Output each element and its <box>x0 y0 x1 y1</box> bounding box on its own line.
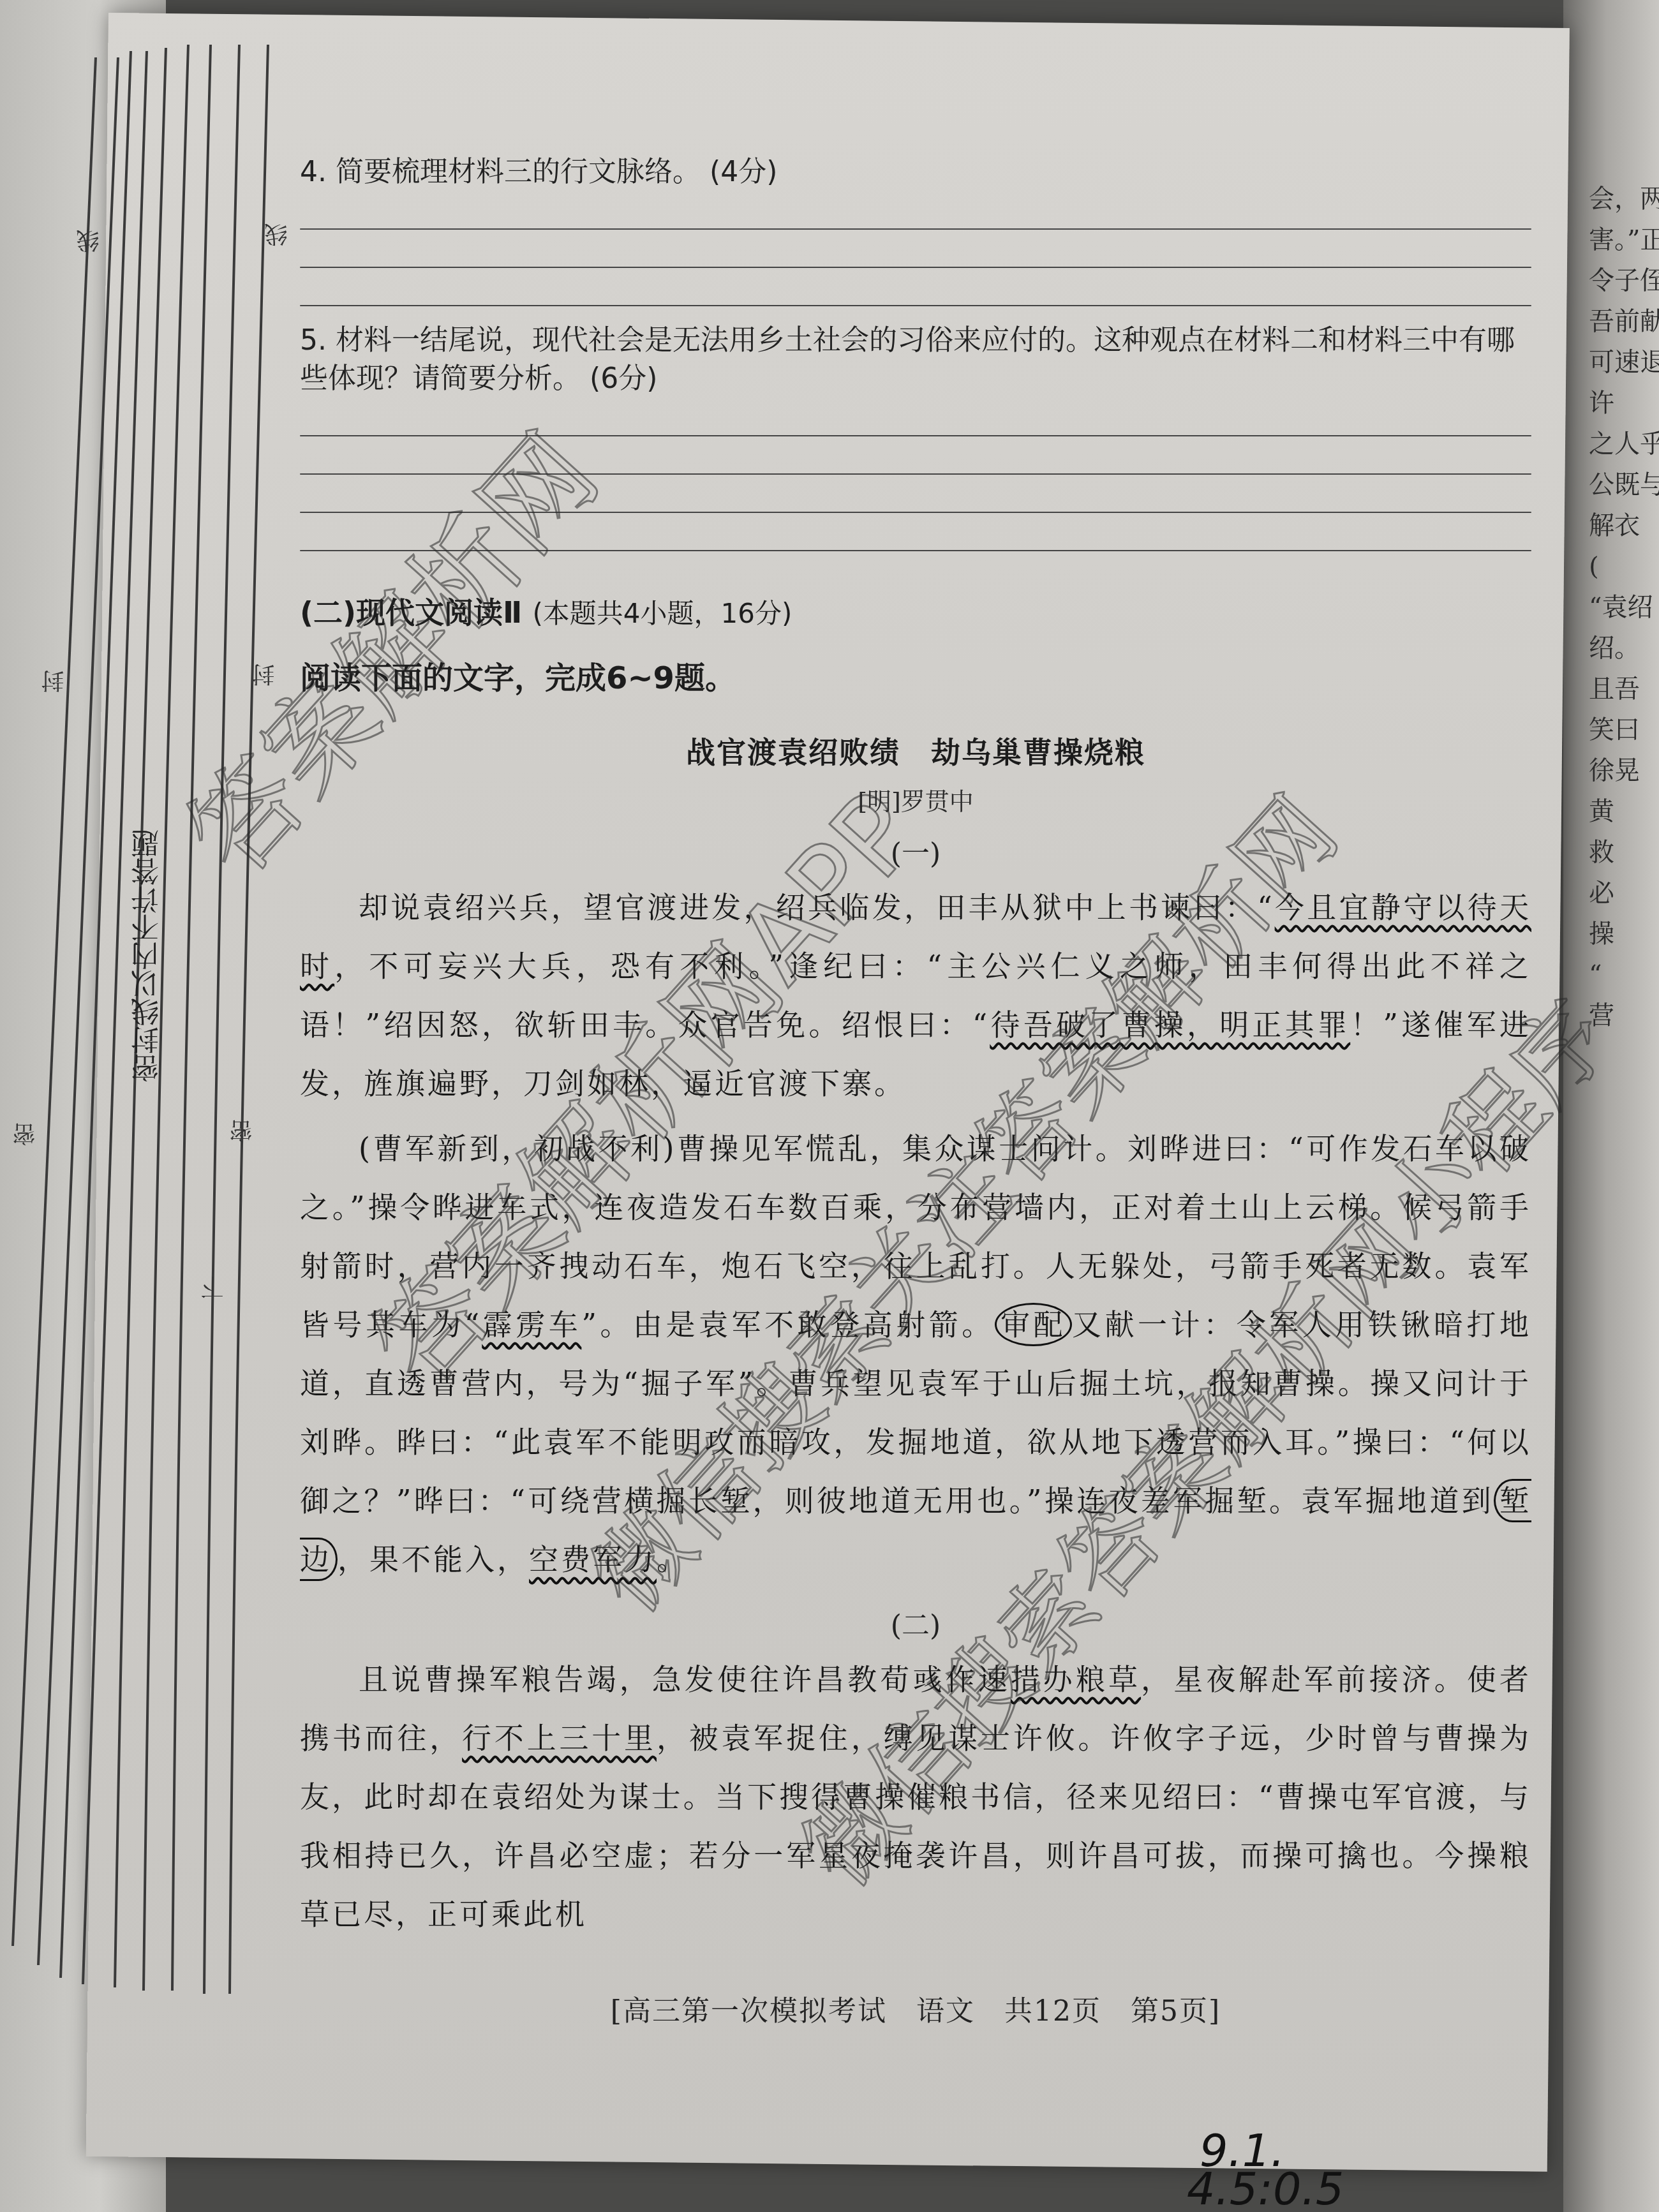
binding-label: 密 <box>227 1120 259 1143</box>
answer-line[interactable] <box>300 228 1531 230</box>
circled-phrase: 审配 <box>995 1303 1072 1346</box>
underlined-phrase: 今且宜静守以待天时 <box>300 890 1531 983</box>
section-instruction: 阅读下面的文字，完成6~9题。 <box>300 653 1531 697</box>
binding-label: 下 <box>198 1276 230 1299</box>
adjacent-text-fragment: 会，两路击 <box>1589 179 1659 219</box>
adjacent-text-fragment: “ <box>1589 954 1659 995</box>
adjacent-text-fragment: 害。”正话 <box>1589 219 1659 260</box>
article-title: 战官渡袁绍败绩 劫乌巢曹操烧粮 <box>300 729 1531 771</box>
adjacent-text-fragment: “袁绍 <box>1589 587 1659 628</box>
binding-margin-lines <box>0 0 281 2212</box>
question-4: 4. 简要梳理材料三的行文脉络。 (4分) <box>300 153 1531 306</box>
question-text: 简要梳理材料三的行文脉络。 <box>336 156 701 188</box>
binding-label: 线 <box>73 230 106 253</box>
adjacent-text-fragment: 且吾 <box>1589 669 1659 709</box>
adjacent-text-fragment: 之人乎 <box>1589 424 1659 464</box>
answer-line[interactable] <box>300 305 1531 306</box>
adjacent-text-fragment: 必 <box>1589 873 1659 914</box>
handwritten-note: 4.5:0.5 <box>1187 2163 1344 2212</box>
adjacent-text-fragment: 可速退出 <box>1589 342 1659 383</box>
binding-label: 封 <box>38 670 71 693</box>
circled-phrase: 堑边 <box>300 1479 1531 1581</box>
adjacent-page-text: 会，两路击害。”正话令子侄辈吾前献计可速退出许之人乎公既与解衣(“袁绍绍。且吾笑… <box>1589 179 1659 1036</box>
adjacent-text-fragment: 绍。 <box>1589 628 1659 669</box>
adjacent-text-fragment: 令子侄辈 <box>1589 260 1659 301</box>
question-text: 材料一结尾说，现代社会是无法用乡土社会的习俗来应付的。这种观点在材料二和材料三中… <box>300 324 1515 395</box>
part-label: (二) <box>300 1603 1531 1644</box>
question-number: 4. <box>300 156 327 188</box>
binding-label: 密 <box>10 1123 42 1146</box>
section-meta: (本题共4小题，16分) <box>532 598 792 629</box>
adjacent-text-fragment: 操 <box>1589 914 1659 954</box>
question-points: (4分) <box>710 156 777 188</box>
sealing-line-notice: 密封线以内不许答题 <box>128 829 168 1082</box>
adjacent-text-fragment: 徐晃 <box>1589 750 1659 791</box>
adjacent-text-fragment: 吾前献计 <box>1589 301 1659 342</box>
adjacent-text-fragment: 黄 <box>1589 791 1659 832</box>
adjacent-text-fragment: ( <box>1589 546 1659 587</box>
article-paragraph: 却说袁绍兴兵，望官渡进发，绍兵临发，田丰从狱中上书谏曰：“今且宜静守以待天时，不… <box>300 878 1531 1113</box>
adjacent-text-fragment: 救 <box>1589 832 1659 873</box>
adjacent-text-fragment: 公既与 <box>1589 464 1659 505</box>
article-author: [明]罗贯中 <box>300 782 1531 817</box>
adjacent-text-fragment: 许 <box>1589 383 1659 424</box>
adjacent-text-fragment: 解衣 <box>1589 505 1659 546</box>
question-points: (6分) <box>590 362 657 395</box>
page-footer: [高三第一次模拟考试 语文 共12页 第5页] <box>300 1988 1531 2029</box>
question-number: 5. <box>300 324 327 357</box>
underlined-phrase: 行不上三十里 <box>462 1721 657 1755</box>
binding-label: 线 <box>262 223 294 246</box>
answer-line[interactable] <box>300 267 1531 268</box>
adjacent-text-fragment: 笑曰 <box>1589 709 1659 750</box>
